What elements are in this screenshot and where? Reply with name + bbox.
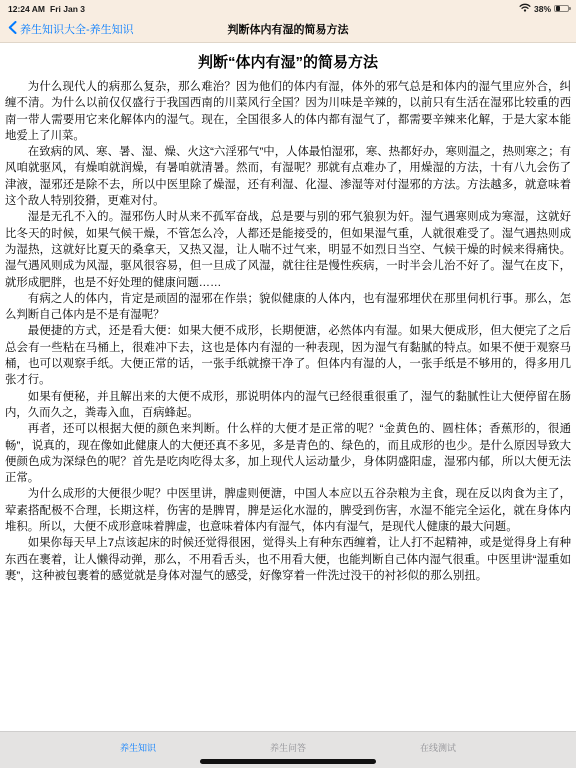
tab-health-qa[interactable]: 养生问答 <box>213 741 363 754</box>
app-screen: 12:24 AM Fri Jan 3 38% <box>0 0 576 768</box>
tab-health-knowledge[interactable]: 养生知识 <box>63 741 213 754</box>
battery-percent-label: 38% <box>534 4 551 14</box>
home-indicator[interactable] <box>200 759 376 764</box>
article-paragraph: 最便捷的方式，还是看大便：如果大便不成形，长期便溏，必然体内有湿。如果大便成形，… <box>5 323 571 388</box>
article-paragraph: 有病之人的体内，肯定是顽固的湿邪在作祟；貌似健康的人体内，也有湿邪埋伏在那里伺机… <box>5 291 571 324</box>
article-paragraph: 为什么现代人的病那么复杂，那么难治？因为他们的体内有湿，体外的邪气总是和体内的湿… <box>5 79 571 144</box>
article-content[interactable]: 判断“体内有湿”的简易方法 为什么现代人的病那么复杂，那么难治？因为他们的体内有… <box>0 43 576 584</box>
article-paragraph: 如果你每天早上7点该起床的时候还觉得很困，觉得头上有种东西缠着，让人打不起精神，… <box>5 535 571 584</box>
navigation-bar: 养生知识大全-养生知识 判断体内有湿的简易方法 <box>0 15 576 42</box>
back-chevron-icon <box>8 21 17 37</box>
battery-icon <box>554 5 569 13</box>
status-time-date: 12:24 AM Fri Jan 3 <box>8 4 85 14</box>
back-button-label: 养生知识大全-养生知识 <box>20 21 134 37</box>
tab-online-test[interactable]: 在线测试 <box>363 741 513 754</box>
article-title: 判断“体内有湿”的简易方法 <box>5 51 571 72</box>
article-paragraph: 在致病的风、寒、暑、湿、燥、火这“六淫邪气”中，人体最怕湿邪，寒、热都好办，寒则… <box>5 144 571 209</box>
article-paragraph: 如果有便秘，并且解出来的大便不成形，那说明体内的湿气已经很重很重了，湿气的黏腻性… <box>5 389 571 422</box>
status-date: Fri Jan 3 <box>50 4 85 14</box>
status-time: 12:24 AM <box>8 4 45 14</box>
article-paragraph: 为什么成形的大便很少呢？中医里讲，脾虚则便溏，中国人本应以五谷杂粮为主食，现在反… <box>5 486 571 535</box>
tab-bar: 养生知识 养生问答 在线测试 <box>0 731 576 768</box>
article-paragraph: 湿是无孔不入的。湿邪伤人时从来不孤军奋战，总是要与别的邪气狼狈为奸。湿气遇寒则成… <box>5 209 571 290</box>
wifi-icon <box>519 3 531 14</box>
status-indicators: 38% <box>519 3 569 14</box>
article-paragraph: 再者，还可以根据大便的颜色来判断。什么样的大便才是正常的呢？“金黄色的、圆柱体；… <box>5 421 571 486</box>
header: 12:24 AM Fri Jan 3 38% <box>0 0 576 43</box>
back-button[interactable]: 养生知识大全-养生知识 <box>0 21 134 37</box>
status-bar: 12:24 AM Fri Jan 3 38% <box>0 0 576 15</box>
